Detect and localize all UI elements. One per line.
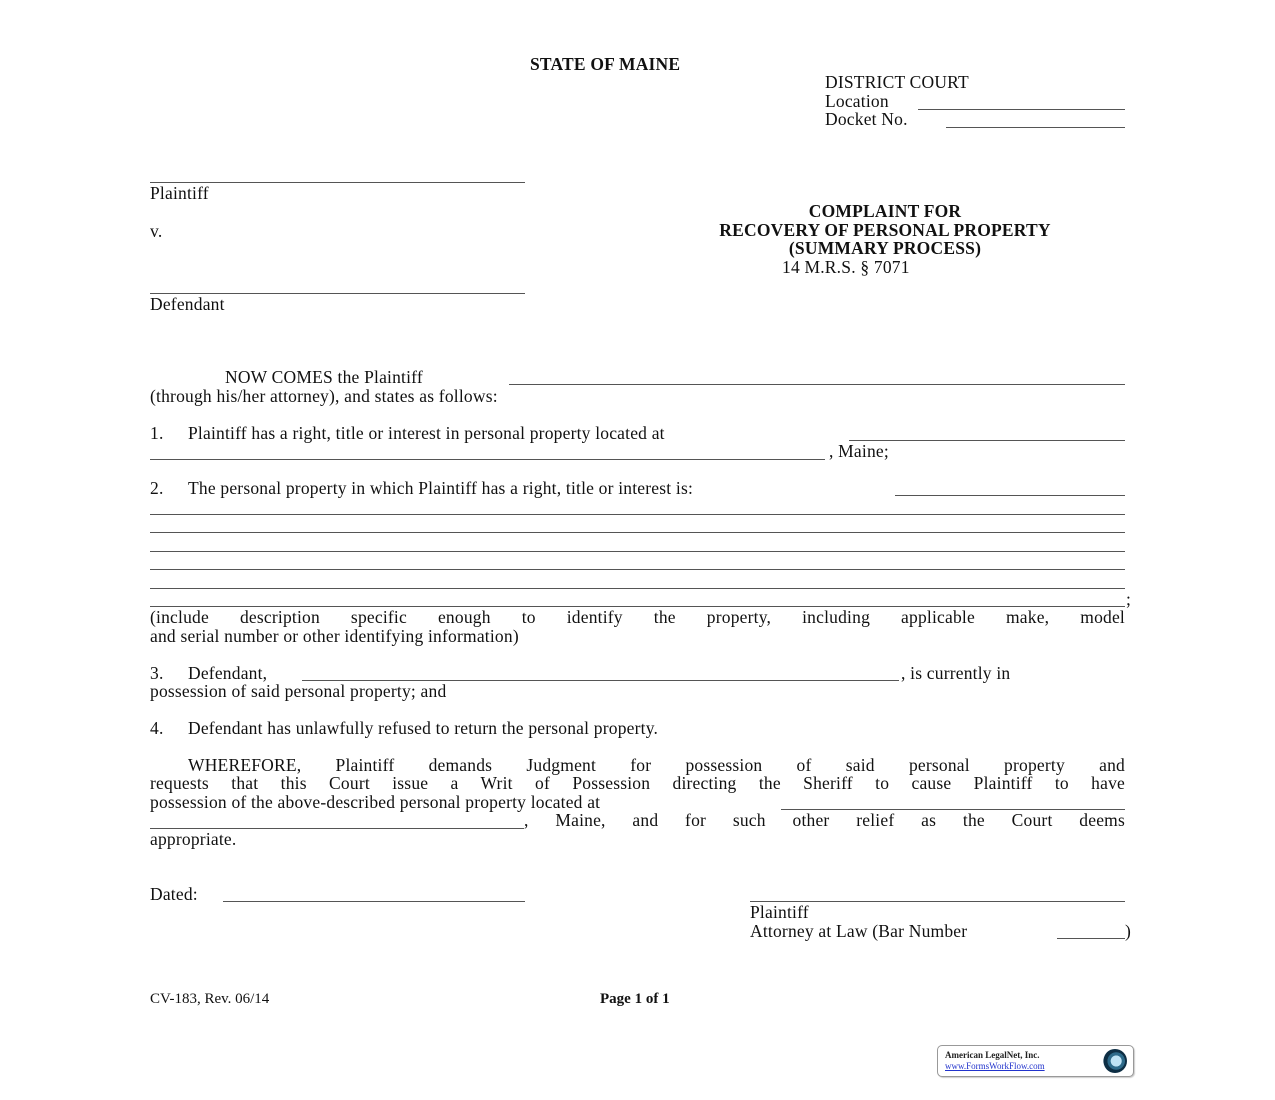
state-heading: STATE OF MAINE: [530, 55, 680, 74]
property-description-field-3[interactable]: [150, 532, 1125, 533]
item-3-suffix: , is currently in: [901, 664, 1010, 683]
title-line-3: (SUMMARY PROCESS): [640, 239, 1130, 258]
court-name: DISTRICT COURT: [825, 73, 969, 92]
property-description-field-4[interactable]: [150, 551, 1125, 552]
item-2-text: The personal property in which Plaintiff…: [188, 479, 693, 498]
badge-url-link[interactable]: www.FormsWorkFlow.com: [945, 1061, 1045, 1071]
attorney-label: Attorney at Law (Bar Number: [750, 922, 967, 941]
intro-text: NOW COMES the Plaintiff: [225, 368, 423, 387]
globe-logo-icon: [1103, 1049, 1127, 1073]
item-2-end: ;: [1126, 590, 1131, 609]
item-1-number: 1.: [150, 424, 164, 443]
item-4-number: 4.: [150, 719, 164, 738]
bar-number-field[interactable]: [1057, 938, 1125, 939]
item-4-text: Defendant has unlawfully refused to retu…: [188, 719, 658, 738]
plaintiff-intro-field[interactable]: [509, 384, 1125, 385]
attorney-close: ): [1125, 922, 1131, 941]
property-description-field-2[interactable]: [150, 514, 1125, 515]
title-line-1: COMPLAINT FOR: [640, 202, 1130, 221]
page-number: Page 1 of 1: [600, 991, 670, 1008]
item-1-text: Plaintiff has a right, title or interest…: [188, 424, 665, 443]
defendant-label: Defendant: [150, 295, 225, 314]
item-1-suffix: , Maine;: [829, 442, 889, 461]
property-location-field-1[interactable]: [849, 440, 1125, 441]
item-2-note-1: (include description specific enough to …: [150, 608, 1125, 627]
property-description-field-1[interactable]: [895, 495, 1125, 496]
docket-label: Docket No.: [825, 110, 908, 129]
plaintiff-label: Plaintiff: [150, 184, 209, 203]
intro-text-2: (through his/her attorney), and states a…: [150, 387, 498, 406]
property-description-field-6[interactable]: [150, 588, 1125, 589]
statute-reference: 14 M.R.S. § 7071: [782, 258, 910, 277]
item-3-line-2: possession of said personal property; an…: [150, 682, 446, 701]
wherefore-line-4: , Maine, and for such other relief as th…: [524, 811, 1125, 830]
property-location-field-2[interactable]: [150, 459, 825, 460]
date-field[interactable]: [223, 901, 525, 902]
legalnet-badge[interactable]: American LegalNet, Inc. www.FormsWorkFlo…: [937, 1045, 1134, 1077]
wherefore-line-2: requests that this Court issue a Writ of…: [150, 774, 1125, 793]
property-description-field-5[interactable]: [150, 569, 1125, 570]
docket-field[interactable]: [946, 127, 1125, 128]
wherefore-line-5: appropriate.: [150, 830, 236, 849]
badge-company: American LegalNet, Inc.: [945, 1050, 1039, 1060]
form-id: CV-183, Rev. 06/14: [150, 991, 269, 1008]
item-2-note-2: and serial number or other identifying i…: [150, 627, 519, 646]
signature-plaintiff-label: Plaintiff: [750, 903, 809, 922]
item-2-number: 2.: [150, 479, 164, 498]
versus-label: v.: [150, 222, 162, 241]
dated-label: Dated:: [150, 885, 198, 904]
location-field[interactable]: [918, 109, 1125, 110]
